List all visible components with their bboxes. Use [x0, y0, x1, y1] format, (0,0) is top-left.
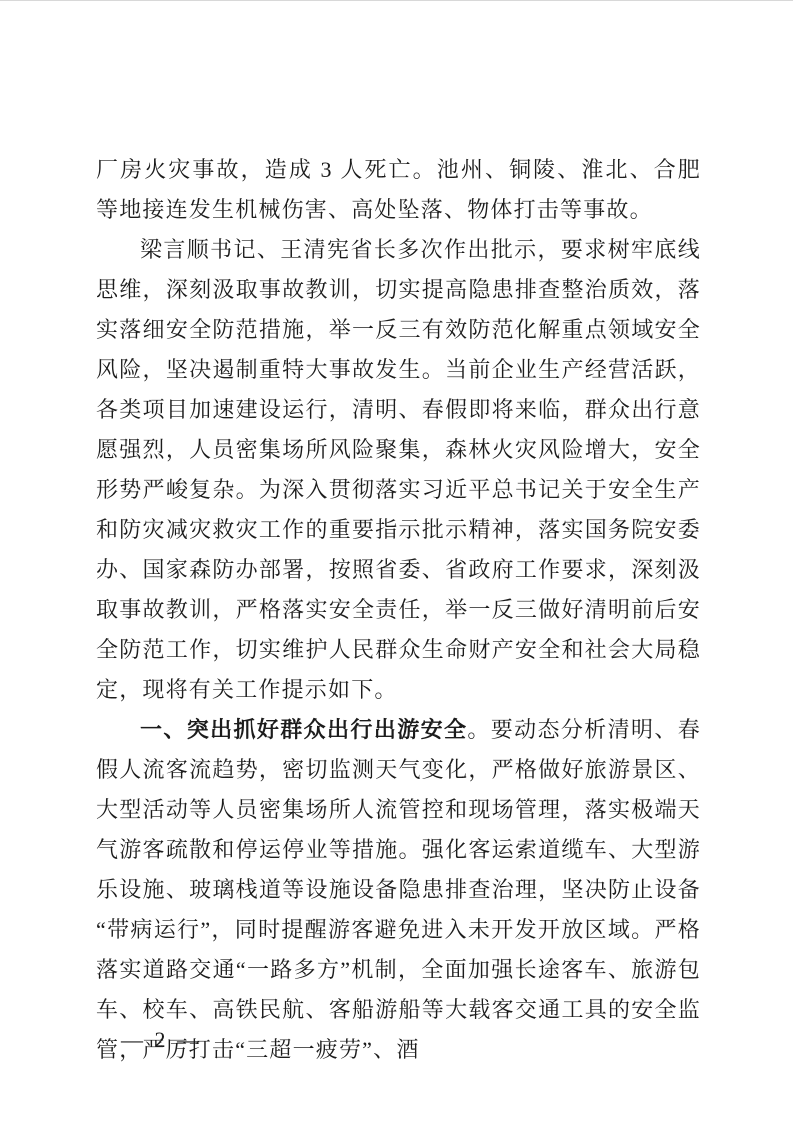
section-1-text: 。要动态分析清明、春假人流客流趋势，密切监测天气变化，严格做好旅游景区、大型活动…	[96, 717, 701, 1062]
paragraph-leaders-instructions: 梁言顺书记、王清宪省长多次作出批示，要求树牢底线思维，深刻汲取事故教训，切实提高…	[96, 230, 701, 710]
page-number: — 2 —	[121, 1027, 202, 1053]
paragraph-continuation: 厂房火灾事故，造成 3 人死亡。池州、铜陵、淮北、合肥等地接连发生机械伤害、高处…	[96, 150, 701, 230]
paragraph-section-1: 一、突出抓好群众出行出游安全。要动态分析清明、春假人流客流趋势，密切监测天气变化…	[96, 710, 701, 1070]
document-page: 厂房火灾事故，造成 3 人死亡。池州、铜陵、淮北、合肥等地接连发生机械伤害、高处…	[0, 0, 793, 1122]
section-1-heading: 一、突出抓好群众出行出游安全	[140, 717, 467, 742]
document-body: 厂房火灾事故，造成 3 人死亡。池州、铜陵、淮北、合肥等地接连发生机械伤害、高处…	[96, 150, 701, 1070]
